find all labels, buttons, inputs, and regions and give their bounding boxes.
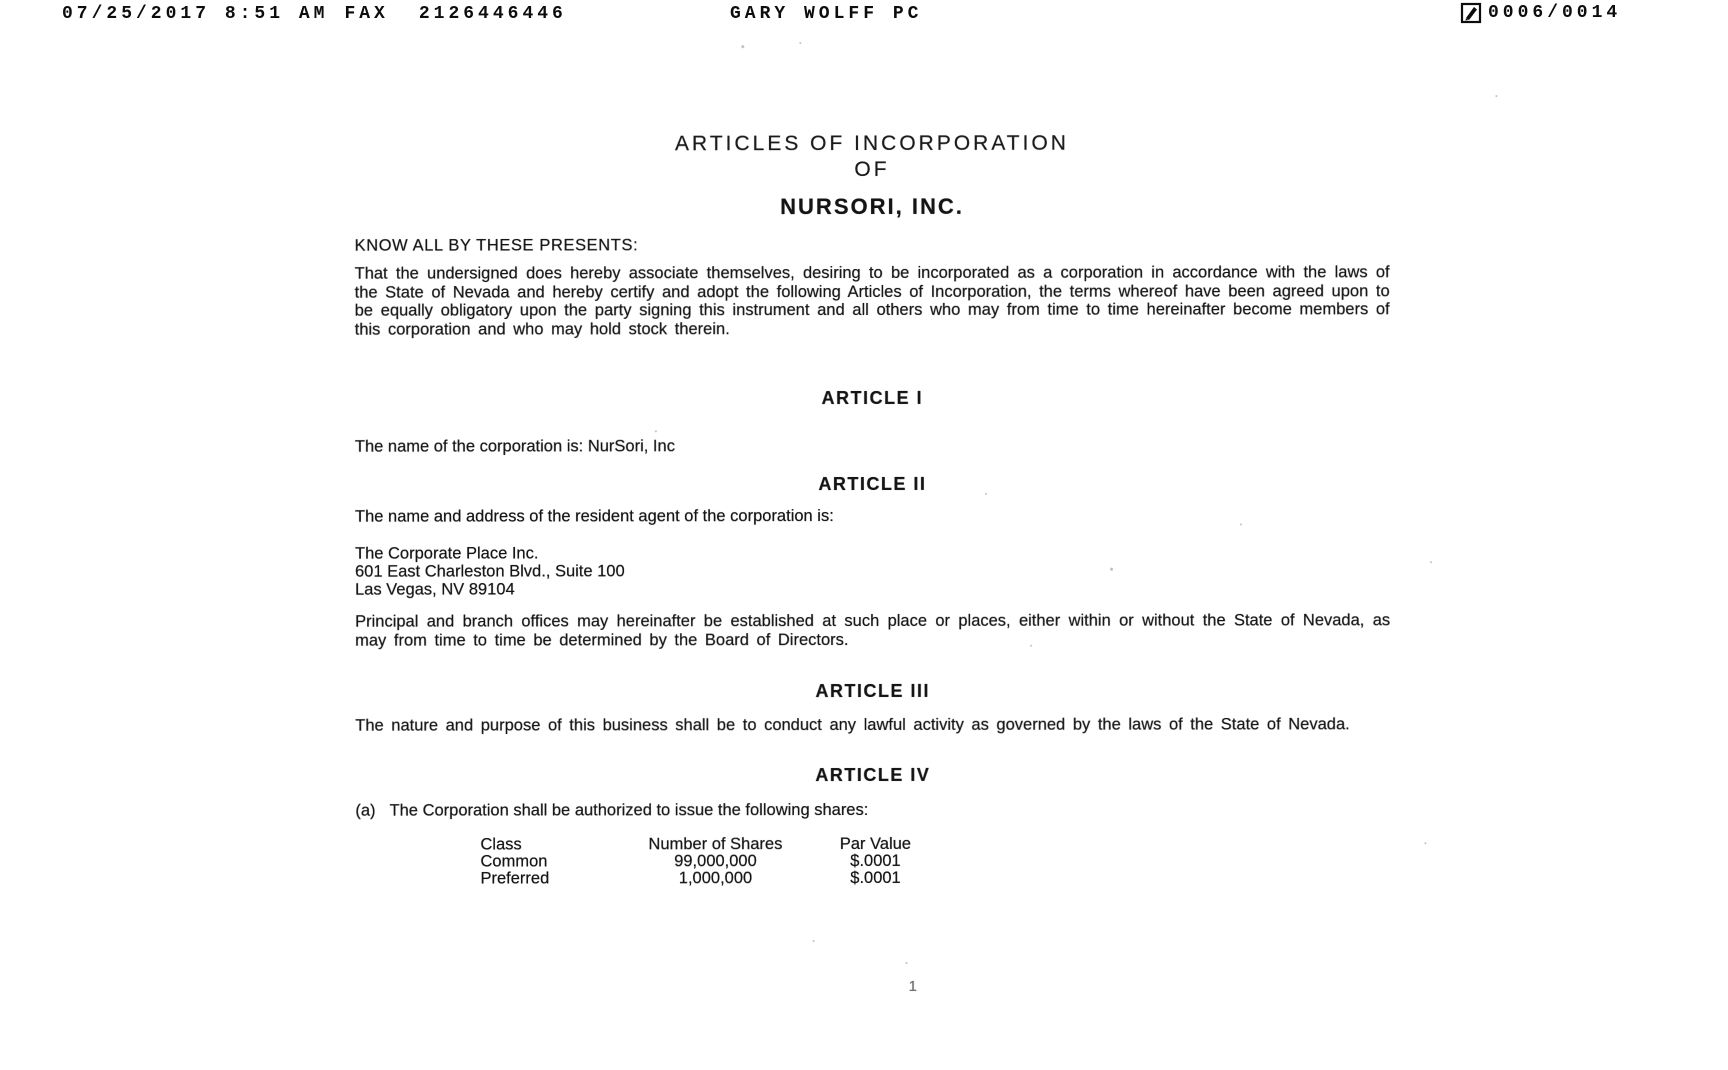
article-2-heading: ARTICLE II: [355, 474, 1390, 494]
article-1-text: The name of the corporation is: NurSori,…: [355, 436, 1390, 456]
share-class-cell: Preferred: [480, 870, 620, 887]
document-content: ARTICLES OF INCORPORATION OF NURSORI, IN…: [0, 0, 1728, 1070]
company-name: NURSORI, INC.: [355, 197, 1390, 217]
fax-document-page: 07/25/2017 8:51 AMFAX2126446446 GARY WOL…: [0, 0, 1728, 1070]
fax-noise-speck: [1430, 561, 1432, 563]
document-title: ARTICLES OF INCORPORATION OF: [354, 130, 1389, 183]
page-number: 1: [909, 978, 917, 995]
agent-street: 601 East Charleston Blvd., Suite 100: [355, 561, 1390, 580]
clause-text: The Corporation shall be authorized to i…: [390, 801, 869, 820]
document-title-line2: OF: [354, 156, 1389, 183]
agent-city: Las Vegas, NV 89104: [355, 579, 1390, 598]
fax-noise-speck: [1424, 842, 1426, 844]
par-value-cell: $.0001: [810, 853, 940, 870]
article-2-intro: The name and address of the resident age…: [355, 506, 1390, 526]
share-count-cell: 99,000,000: [620, 853, 810, 870]
par-value-cell: $.0001: [810, 870, 940, 887]
fax-noise-speck: [1110, 568, 1113, 571]
offices-paragraph: Principal and branch offices may hereina…: [355, 611, 1390, 649]
fax-noise-speck: [1030, 645, 1032, 647]
fax-noise-speck: [655, 430, 657, 432]
fax-noise-speck: [906, 962, 908, 964]
share-table-row-common: Common 99,000,000 $.0001: [480, 853, 940, 871]
share-table-row-preferred: Preferred 1,000,000 $.0001: [480, 870, 940, 888]
fax-noise: [0, 0, 1727, 1]
salutation-line: KNOW ALL BY THESE PRESENTS:: [355, 235, 1390, 255]
share-table-header-row: Class Number of Shares Par Value: [480, 836, 940, 854]
fax-noise-speck: [813, 940, 815, 942]
share-table: Class Number of Shares Par Value Common …: [480, 836, 940, 888]
fax-noise-speck: [1240, 523, 1242, 525]
article-4-clause: (a)The Corporation shall be authorized t…: [355, 800, 1390, 820]
fax-noise-speck: [985, 493, 987, 495]
share-class-cell: Common: [480, 853, 620, 870]
clause-label: (a): [355, 802, 375, 820]
article-4-heading: ARTICLE IV: [355, 765, 1390, 785]
fax-noise-speck: [1495, 95, 1497, 97]
article-3-text: The nature and purpose of this business …: [355, 715, 1390, 735]
share-table-col-par-value: Par Value: [810, 836, 940, 853]
agent-name: The Corporate Place Inc.: [355, 543, 1390, 562]
share-table-col-shares: Number of Shares: [620, 836, 810, 853]
resident-agent-address: The Corporate Place Inc. 601 East Charle…: [355, 543, 1390, 598]
document-title-line1: ARTICLES OF INCORPORATION: [354, 130, 1389, 157]
fax-noise-speck: [741, 45, 744, 48]
fax-noise-speck: [799, 42, 801, 44]
article-3-heading: ARTICLE III: [355, 681, 1390, 701]
preamble-paragraph: That the undersigned does hereby associa…: [355, 263, 1390, 338]
share-count-cell: 1,000,000: [620, 870, 810, 887]
article-1-heading: ARTICLE I: [355, 388, 1390, 408]
share-table-col-class: Class: [480, 836, 620, 853]
